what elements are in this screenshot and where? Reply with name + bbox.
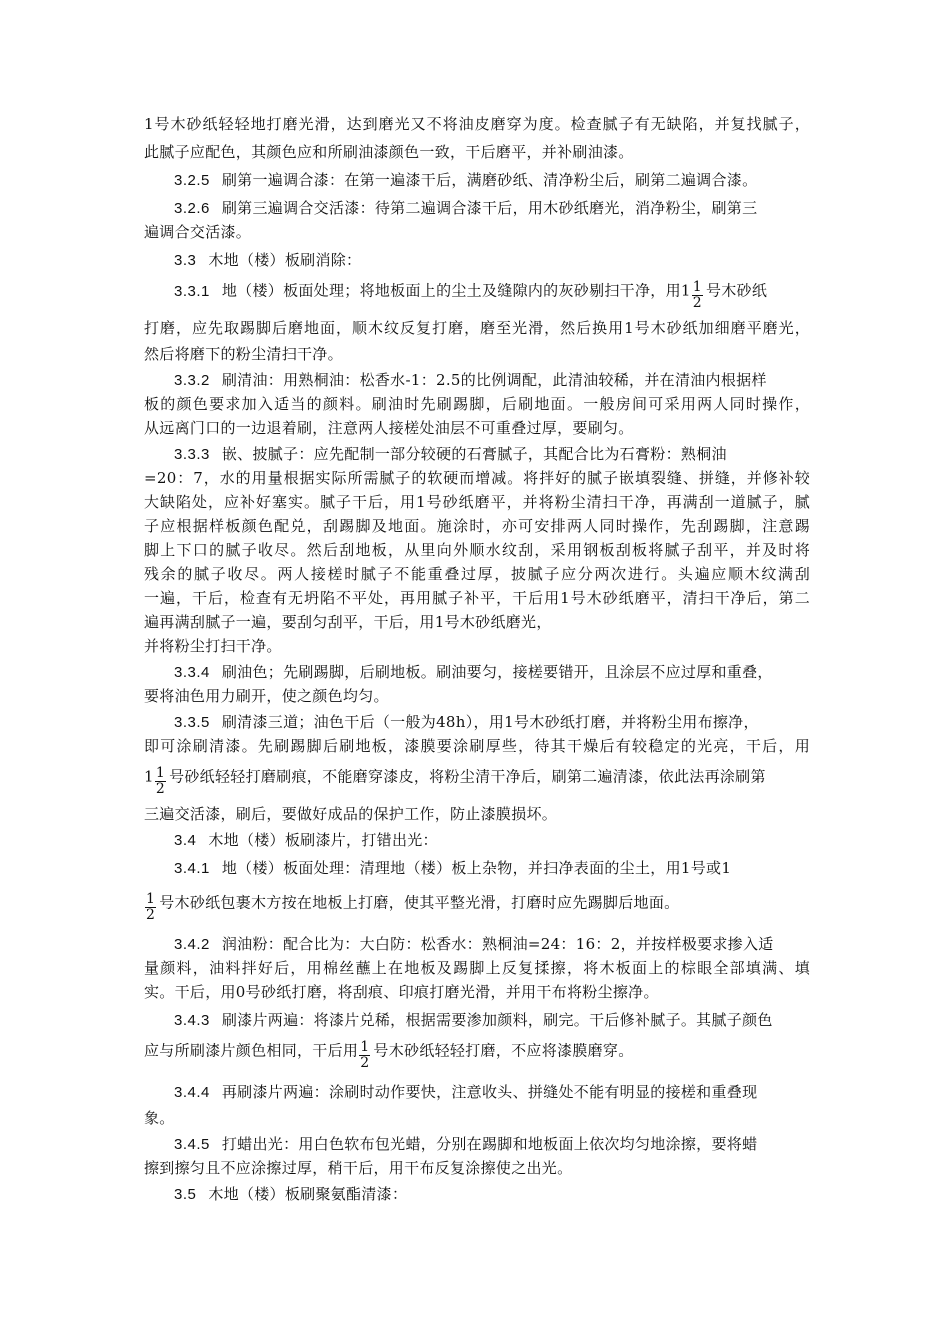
line-text: 号木砂纸 — [706, 282, 767, 300]
line-text: 地（楼）板面处理；将地板面上的尘土及缝隙内的灰砂剔扫干净，用1 — [222, 282, 691, 300]
line-text: 板的颜色要求加入适当的颜料。刷油时先刷踢脚，后刷地面。一般房间可采用两人同时操作… — [144, 395, 810, 413]
paragraph-line: 即可涂刷清漆。先刷踢脚后刷地板，漆膜要涂刷厚些，待其干燥后有较稳定的光亮，干后，… — [144, 734, 810, 758]
fraction-half: 12 — [359, 1040, 370, 1071]
line-text: 象。 — [144, 1109, 175, 1127]
section-number: 3.2.6 — [174, 200, 210, 217]
section-number: 3.3.4 — [174, 664, 210, 681]
section-3-5-heading: 3.5木地（楼）板刷聚氨酯清漆： — [144, 1182, 407, 1207]
paragraph-line: 1号木砂纸轻轻地打磨光滑，达到磨光又不将油皮磨穿为度。检查腻子有无缺陷，并复找腻… — [144, 112, 810, 136]
fraction-half: 12 — [692, 280, 703, 311]
section-3-4-3: 3.4.3刷漆片两遍：将漆片兑稀，根据需要渗加颜料，刷完。干后修补腻子。其腻子颜… — [144, 1008, 773, 1033]
line-text: 擦到擦匀且不应涂擦过厚，稍干后，用干布反复涂擦使之出光。 — [144, 1159, 572, 1177]
section-3-3-5: 3.3.5刷清漆三道；油色干后（一般为48h），用1号木砂纸打磨，并将粉尘用布擦… — [144, 710, 759, 735]
line-text: 遍再满刮腻子一遍，要刮匀刮平，干后，用1号木砂纸磨光， — [144, 613, 552, 631]
paragraph-line: 并将粉尘打扫干净。 — [144, 634, 282, 658]
paragraph-line: =20：7，水的用量根据实际所需腻子的软硬而增减。将拌好的腻子嵌填裂缝、拼缝，并… — [144, 466, 810, 490]
section-number: 3.4.2 — [174, 936, 210, 953]
line-text: 此腻子应配色，其颜色应和所刷油漆颜色一致，干后磨平，并补刷油漆。 — [144, 143, 634, 161]
paragraph-line: 然后将磨下的粉尘清扫干净。 — [144, 342, 343, 366]
line-text: 实。干后，用0号砂纸打磨，将刮痕、印痕打磨光滑，并用干布将粉尘擦净。 — [144, 983, 659, 1001]
paragraph-line: 要将油色用力刷开，使之颜色均匀。 — [144, 684, 389, 708]
section-number: 3.5 — [174, 1186, 196, 1203]
fraction-denominator: 2 — [155, 782, 166, 797]
paragraph-line: 三遍交活漆，刷后，要做好成品的保护工作，防止漆膜损坏。 — [144, 802, 557, 826]
line-text: 地（楼）板面处理：清理地（楼）板上杂物，并扫净表面的尘土，用1号或1 — [222, 859, 731, 877]
line-text: 子应根据样板颜色配兑，刮踢脚及地面。施涂时，亦可安排两人同时操作，先刮踢脚，注意… — [144, 517, 810, 535]
line-text: 木地（楼）板刷消除： — [208, 251, 361, 269]
section-number: 3.2.5 — [174, 172, 210, 189]
paragraph-line: 量颜料，油料拌好后，用棉丝蘸上在地板及踢脚上反复揉擦，将木板面上的棕眼全部填满、… — [144, 956, 810, 980]
paragraph-line: 象。 — [144, 1106, 175, 1130]
section-3-3-1: 3.3.1地（楼）板面处理；将地板面上的尘土及缝隙内的灰砂剔扫干净，用112号木… — [144, 276, 767, 307]
fraction-denominator: 2 — [692, 296, 703, 311]
section-number: 3.3.2 — [174, 372, 210, 389]
paragraph-line: 子应根据样板颜色配兑，刮踢脚及地面。施涂时，亦可安排两人同时操作，先刮踢脚，注意… — [144, 514, 810, 538]
line-text: 1 — [144, 768, 154, 786]
paragraph-line: 打磨，应先取踢脚后磨地面，顺木纹反复打磨，磨至光滑，然后换用1号木砂纸加细磨平磨… — [144, 316, 810, 340]
section-3-3-2: 3.3.2刷清油：用熟桐油：松香水-1：2.5的比例调配，此清油较稀，并在清油内… — [144, 368, 767, 393]
fraction-numerator: 1 — [359, 1040, 370, 1056]
line-text: 大缺陷处，应补好塞实。腻子干后，用1号砂纸磨平，并将粉尘清扫干净，再满刮一道腻子… — [144, 493, 810, 511]
line-text: 刷清油：用熟桐油：松香水-1：2.5的比例调配，此清油较稀，并在清油内根据样 — [222, 371, 767, 389]
section-number: 3.4.3 — [174, 1012, 210, 1029]
section-number: 3.3.1 — [174, 283, 210, 300]
line-text: 并将粉尘打扫干净。 — [144, 637, 282, 655]
line-text: 号木砂纸包裹木方按在地板上打磨，使其平整光滑，打磨时应先踢脚后地面。 — [159, 894, 679, 912]
section-number: 3.4.5 — [174, 1136, 210, 1153]
line-text: 然后将磨下的粉尘清扫干净。 — [144, 345, 343, 363]
section-3-4-5: 3.4.5打蜡出光：用白色软布包光蜡，分别在踢脚和地板面上依次均匀地涂擦，要将蜡 — [144, 1132, 757, 1157]
fraction-denominator: 2 — [359, 1056, 370, 1071]
line-text: 刷第一遍调合漆：在第一遍漆干后，满磨砂纸、清净粉尘后，刷第二遍调合漆。 — [222, 171, 758, 189]
section-3-4-heading: 3.4木地（楼）板刷漆片，打错出光： — [144, 828, 438, 853]
paragraph-line: 遍调合交活漆。 — [144, 220, 251, 244]
fraction-half: 12 — [145, 892, 156, 923]
line-text: 残余的腻子收尽。两人接槎时腻子不能重叠过厚，披腻子应分两次进行。头遍应顺木纹满刮 — [144, 565, 810, 583]
line-text: 脚上下口的腻子收尽。然后刮地板，从里向外顺水纹刮，采用钢板刮板将腻子刮平，并及时… — [144, 541, 810, 559]
line-text: 再刷漆片两遍：涂刷时动作要快，注意收头、拼缝处不能有明显的接槎和重叠现 — [222, 1083, 758, 1101]
fraction-denominator: 2 — [145, 908, 156, 923]
paragraph-line-with-fraction: 12号木砂纸包裹木方按在地板上打磨，使其平整光滑，打磨时应先踢脚后地面。 — [144, 888, 679, 919]
line-text: 木地（楼）板刷漆片，打错出光： — [208, 831, 438, 849]
paragraph-line: 大缺陷处，应补好塞实。腻子干后，用1号砂纸磨平，并将粉尘清扫干净，再满刮一道腻子… — [144, 490, 810, 514]
paragraph-line: 从远离门口的一边退着刷，注意两人接槎处油层不可重叠过厚，要刷匀。 — [144, 416, 634, 440]
line-text: 1号木砂纸轻轻地打磨光滑，达到磨光又不将油皮磨穿为度。检查腻子有无缺陷，并复找腻… — [144, 115, 810, 133]
line-text: 号木砂纸轻轻打磨，不应将漆膜磨穿。 — [373, 1042, 633, 1060]
line-text: =20：7，水的用量根据实际所需腻子的软硬而增减。将拌好的腻子嵌填裂缝、拼缝，并… — [144, 469, 810, 487]
paragraph-line: 板的颜色要求加入适当的颜料。刷油时先刷踢脚，后刷地面。一般房间可采用两人同时操作… — [144, 392, 810, 416]
section-3-3-heading: 3.3木地（楼）板刷消除： — [144, 248, 361, 273]
line-text: 刷漆片两遍：将漆片兑稀，根据需要渗加颜料，刷完。干后修补腻子。其腻子颜色 — [222, 1011, 773, 1029]
line-text: 打蜡出光：用白色软布包光蜡，分别在踢脚和地板面上依次均匀地涂擦，要将蜡 — [222, 1135, 758, 1153]
line-text: 三遍交活漆，刷后，要做好成品的保护工作，防止漆膜损坏。 — [144, 805, 557, 823]
section-3-2-6: 3.2.6刷第三遍调合交活漆：待第二遍调合漆干后，用木砂纸磨光，消净粉尘，刷第三 — [144, 196, 757, 221]
fraction-numerator: 1 — [692, 280, 703, 296]
section-number: 3.4.1 — [174, 860, 210, 877]
line-text: 从远离门口的一边退着刷，注意两人接槎处油层不可重叠过厚，要刷匀。 — [144, 419, 634, 437]
line-text: 打磨，应先取踢脚后磨地面，顺木纹反复打磨，磨至光滑，然后换用1号木砂纸加细磨平磨… — [144, 319, 810, 337]
paragraph-line: 此腻子应配色，其颜色应和所刷油漆颜色一致，干后磨平，并补刷油漆。 — [144, 140, 634, 164]
section-3-3-4: 3.3.4刷油色；先刷踢脚，后刷地板。刷油要匀，接槎要错开，且涂层不应过厚和重叠… — [144, 660, 773, 685]
paragraph-line: 实。干后，用0号砂纸打磨，将刮痕、印痕打磨光滑，并用干布将粉尘擦净。 — [144, 980, 659, 1004]
section-number: 3.4.4 — [174, 1084, 210, 1101]
line-text: 刷第三遍调合交活漆：待第二遍调合漆干后，用木砂纸磨光，消净粉尘，刷第三 — [222, 199, 758, 217]
line-text: 刷油色；先刷踢脚，后刷地板。刷油要匀，接槎要错开，且涂层不应过厚和重叠， — [222, 663, 773, 681]
line-text: 即可涂刷清漆。先刷踢脚后刷地板，漆膜要涂刷厚些，待其干燥后有较稳定的光亮，干后，… — [144, 737, 810, 755]
line-text: 号砂纸轻轻打磨刷痕，不能磨穿漆皮，将粉尘清干净后，刷第二遍清漆，依此法再涂刷第 — [169, 768, 766, 786]
line-text: 润油粉：配合比为：大白防：松香水：熟桐油=24：16：2，并按样极要求掺入适 — [222, 935, 774, 953]
section-3-3-3: 3.3.3嵌、披腻子：应先配制一部分较硬的石膏腻子，其配合比为石膏粉：熟桐油 — [144, 442, 727, 467]
section-3-4-1: 3.4.1地（楼）板面处理：清理地（楼）板上杂物，并扫净表面的尘土，用1号或1 — [144, 856, 731, 881]
fraction-numerator: 1 — [155, 766, 166, 782]
section-number: 3.3.3 — [174, 446, 210, 463]
paragraph-line: 遍再满刮腻子一遍，要刮匀刮平，干后，用1号木砂纸磨光， — [144, 610, 552, 634]
fraction-half: 12 — [155, 766, 166, 797]
section-3-2-5: 3.2.5刷第一遍调合漆：在第一遍漆干后，满磨砂纸、清净粉尘后，刷第二遍调合漆。 — [144, 168, 757, 193]
fraction-numerator: 1 — [145, 892, 156, 908]
line-text: 量颜料，油料拌好后，用棉丝蘸上在地板及踢脚上反复揉擦，将木板面上的棕眼全部填满、… — [144, 959, 810, 977]
paragraph-line: 脚上下口的腻子收尽。然后刮地板，从里向外顺水纹刮，采用钢板刮板将腻子刮平，并及时… — [144, 538, 810, 562]
line-text: 嵌、披腻子：应先配制一部分较硬的石膏腻子，其配合比为石膏粉：熟桐油 — [222, 445, 727, 463]
section-number: 3.3.5 — [174, 714, 210, 731]
line-text: 遍调合交活漆。 — [144, 223, 251, 241]
paragraph-line-with-fraction: 应与所刷漆片颜色相同，干后用12号木砂纸轻轻打磨，不应将漆膜磨穿。 — [144, 1036, 634, 1067]
section-number: 3.4 — [174, 832, 196, 849]
line-text: 一遍，干后，检查有无坍陷不平处，再用腻子补平，干后用1号木砂纸磨平，清扫干净后，… — [144, 589, 810, 607]
paragraph-line: 擦到擦匀且不应涂擦过厚，稍干后，用干布反复涂擦使之出光。 — [144, 1156, 572, 1180]
section-number: 3.3 — [174, 252, 196, 269]
section-3-4-2: 3.4.2润油粉：配合比为：大白防：松香水：熟桐油=24：16：2，并按样极要求… — [144, 932, 774, 957]
line-text: 刷清漆三道；油色干后（一般为48h），用1号木砂纸打磨，并将粉尘用布擦净， — [222, 713, 759, 731]
paragraph-line: 残余的腻子收尽。两人接槎时腻子不能重叠过厚，披腻子应分两次进行。头遍应顺木纹满刮 — [144, 562, 810, 586]
line-text: 应与所刷漆片颜色相同，干后用 — [144, 1042, 358, 1060]
paragraph-line-with-fraction: 112号砂纸轻轻打磨刷痕，不能磨穿漆皮，将粉尘清干净后，刷第二遍清漆，依此法再涂… — [144, 762, 766, 793]
paragraph-line: 一遍，干后，检查有无坍陷不平处，再用腻子补平，干后用1号木砂纸磨平，清扫干净后，… — [144, 586, 810, 610]
line-text: 要将油色用力刷开，使之颜色均匀。 — [144, 687, 389, 705]
section-3-4-4: 3.4.4再刷漆片两遍：涂刷时动作要快，注意收头、拼缝处不能有明显的接槎和重叠现 — [144, 1080, 757, 1105]
line-text: 木地（楼）板刷聚氨酯清漆： — [208, 1185, 407, 1203]
